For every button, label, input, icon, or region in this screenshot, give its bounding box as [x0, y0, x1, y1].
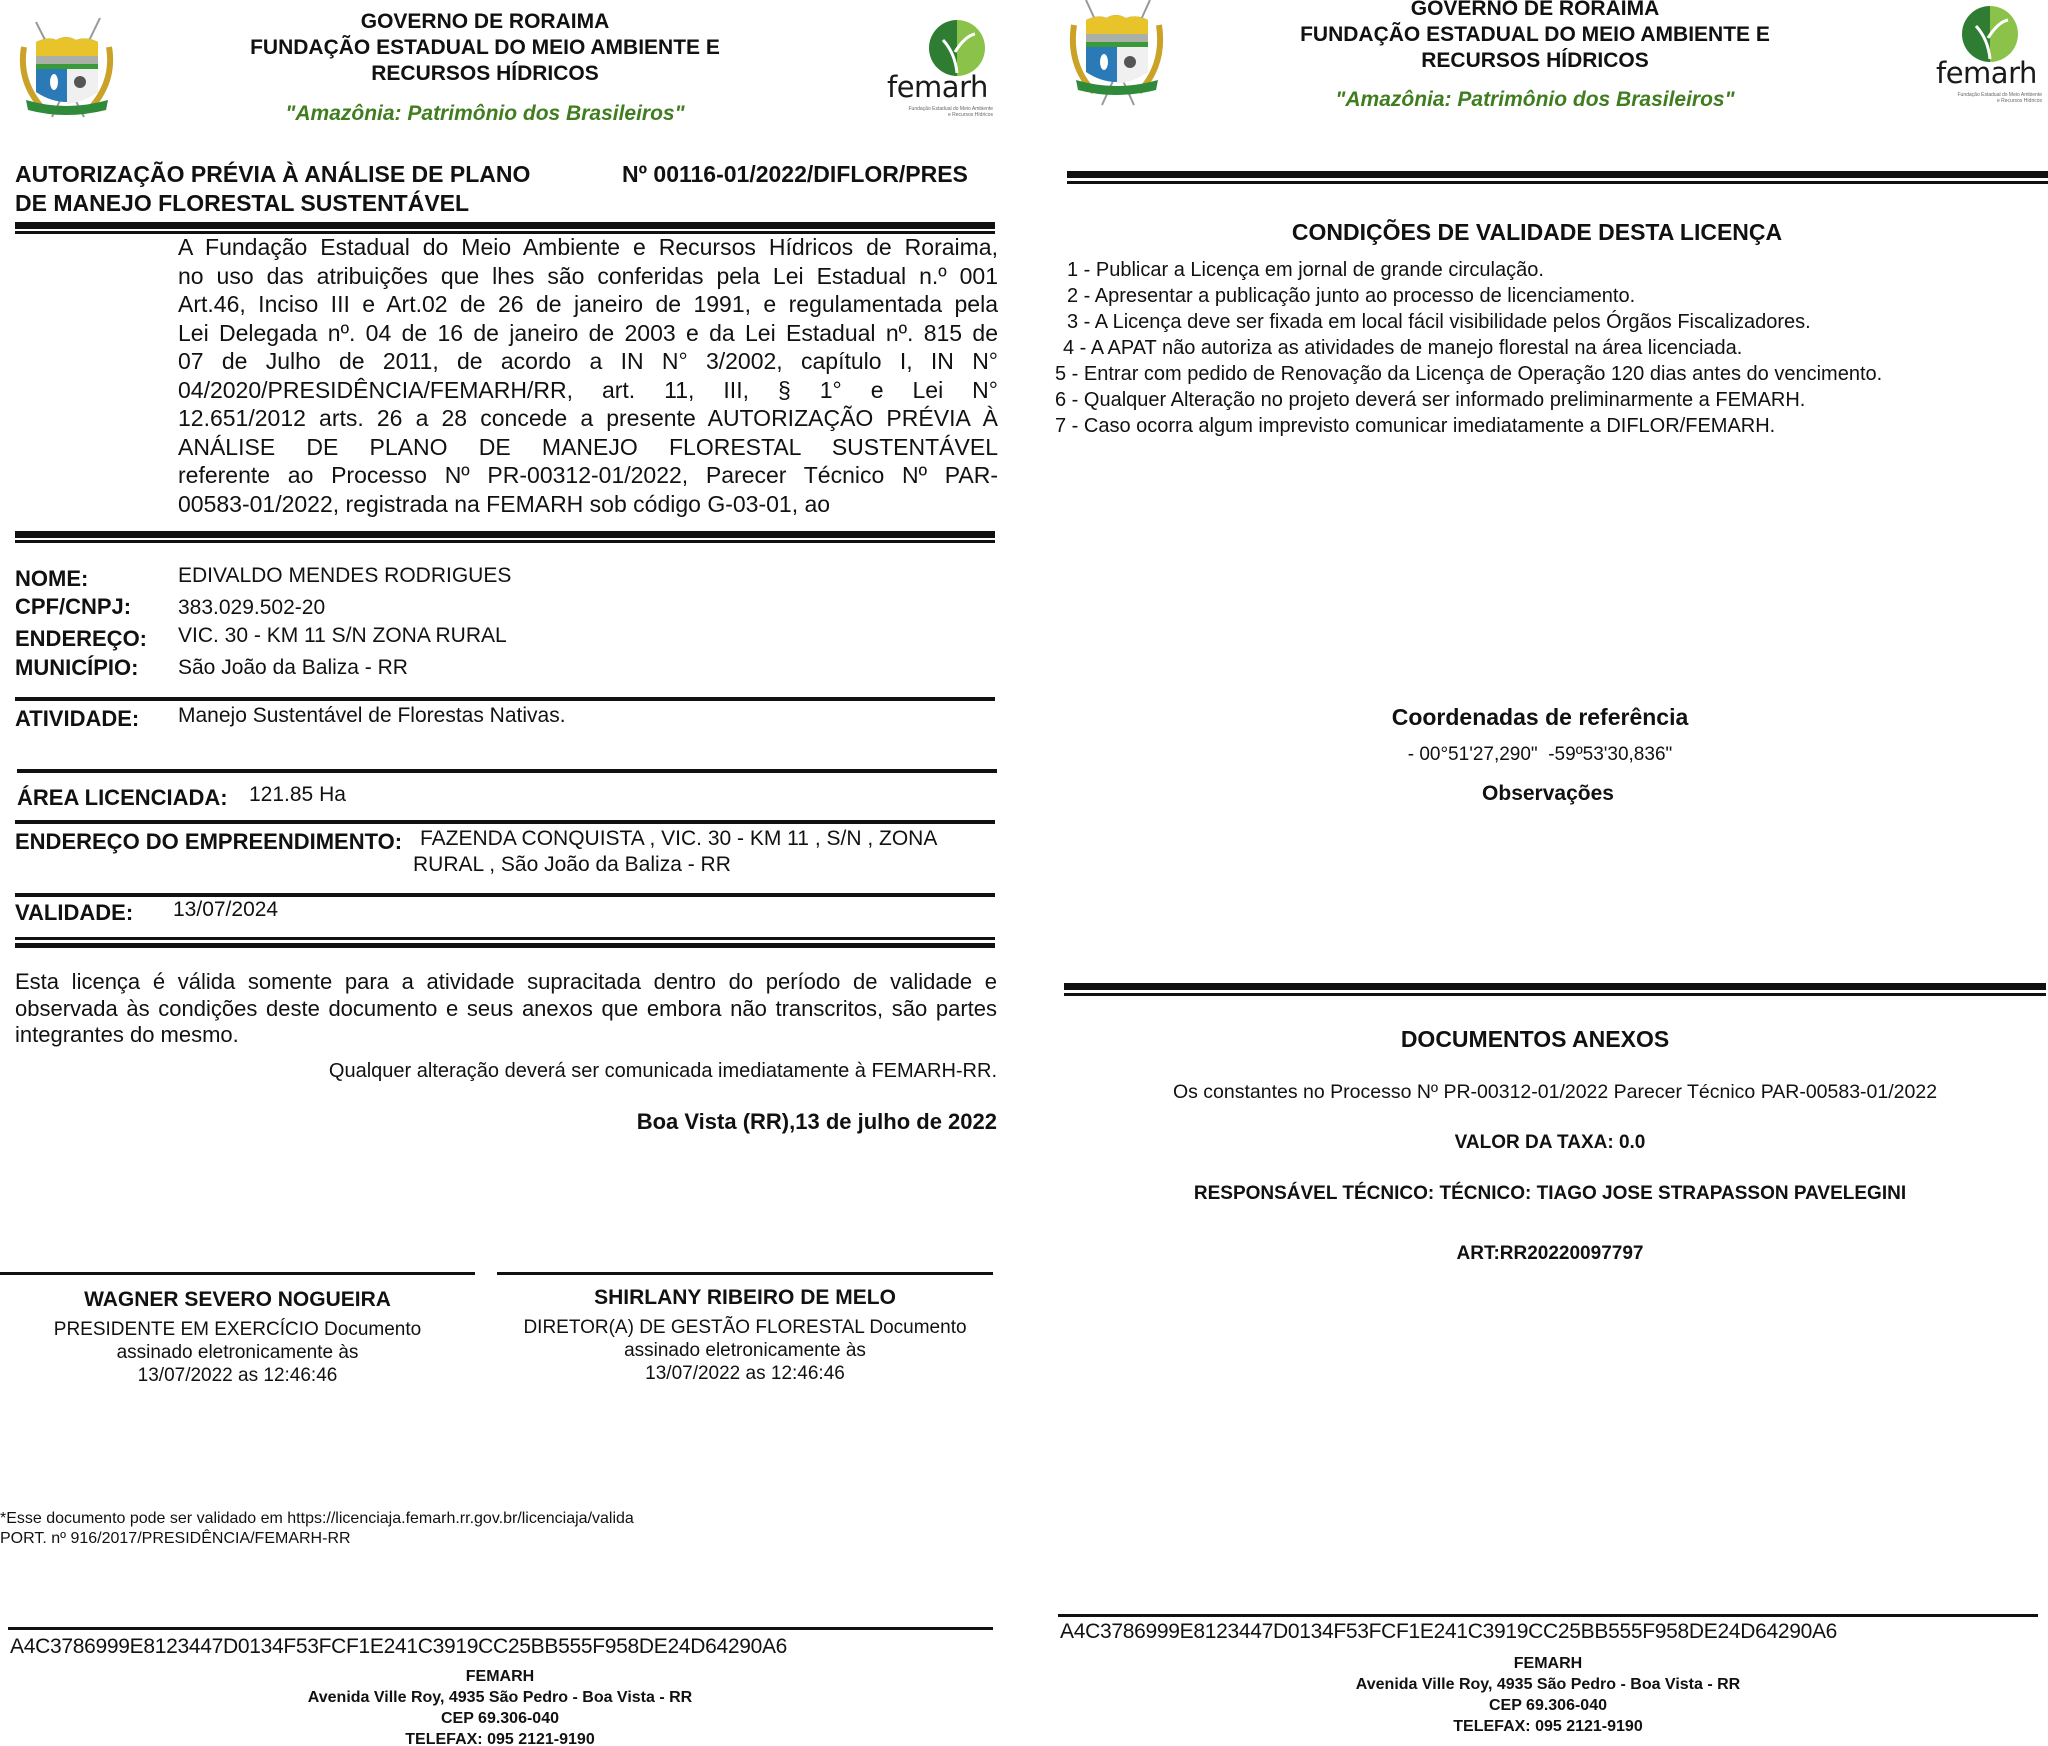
intro-double-rule	[15, 531, 995, 544]
femarh-leaf-logo-icon	[1934, 4, 2046, 64]
portaria-note: PORT. nº 916/2017/PRESIDÊNCIA/FEMARH-RR	[0, 1529, 351, 1549]
validity-line: observada às condições deste documento e…	[15, 996, 997, 1023]
document-title: AUTORIZAÇÃO PRÉVIA À ANÁLISE DE PLANO DE…	[15, 160, 615, 218]
roraima-coat-of-arms-icon	[1064, 0, 1169, 112]
intro-line: 04/2020/PRESIDÊNCIA/FEMARH/RR, art. 11, …	[178, 376, 998, 405]
validity-line: integrantes do mesmo.	[15, 1022, 997, 1049]
divider	[15, 820, 995, 824]
condition-item: 6 - Qualquer Alteração no projeto deverá…	[1055, 387, 2045, 413]
change-notice: Qualquer alteração deverá ser comunicada…	[329, 1060, 997, 1083]
femarh-logo-left: femarh Fundação Estadual do Meio Ambient…	[885, 18, 997, 118]
right-top-double-rule	[1067, 171, 2048, 185]
condition-item: 1 - Publicar a Licença em jornal de gran…	[1055, 257, 2045, 283]
intro-line: 00583-01/2022, registrada na FEMARH sob …	[178, 490, 998, 519]
signature-block-2: SHIRLANY RIBEIRO DE MELO DIRETOR(A) DE G…	[497, 1286, 993, 1385]
coordinates-value: - 00°51'27,290" -59º53'30,836"	[1240, 744, 1840, 766]
validation-note: *Esse documento pode ser validado em htt…	[0, 1509, 634, 1529]
femarh-leaf-logo-icon	[885, 18, 997, 78]
divider	[15, 893, 995, 897]
divider	[15, 697, 995, 701]
femarh-logo-right: femarh Fundação Estadual do Meio Ambient…	[1934, 4, 2046, 104]
annexes-title: DOCUMENTOS ANEXOS	[1060, 1026, 2010, 1053]
conditions-title: CONDIÇÕES DE VALIDADE DESTA LICENÇA	[1067, 219, 2007, 246]
header-motto: "Amazônia: Patrimônio dos Brasileiros"	[180, 102, 790, 126]
crest-logo-left	[14, 12, 119, 124]
condition-item: 5 - Entrar com pedido de Renovação da Li…	[1055, 361, 2045, 387]
intro-line: A Fundação Estadual do Meio Ambiente e R…	[178, 233, 998, 262]
femarh-logo-word: femarh	[887, 70, 988, 104]
divider	[17, 769, 997, 773]
signature-block-1: WAGNER SEVERO NOGUEIRA PRESIDENTE EM EXE…	[0, 1288, 475, 1387]
femarh-logo-sub: Fundação Estadual do Meio Ambiente e Rec…	[883, 106, 993, 118]
footer-address-left: FEMARH Avenida Ville Roy, 4935 São Pedro…	[0, 1666, 1000, 1746]
coordinates-title: Coordenadas de referência	[1240, 704, 1840, 731]
document-number: Nº 00116-01/2022/DIFLOR/PRES	[622, 160, 968, 189]
validation-link[interactable]: *Esse documento pode ser validado em htt…	[0, 1510, 634, 1527]
header-government-right: GOVERNO DE RORAIMA FUNDAÇÃO ESTADUAL DO …	[1230, 0, 1840, 74]
header-government: GOVERNO DE RORAIMA FUNDAÇÃO ESTADUAL DO …	[180, 9, 790, 87]
annexes-technician: RESPONSÁVEL TÉCNICO: TÉCNICO: TIAGO JOSE…	[1060, 1183, 2040, 1205]
document-hash-right: A4C3786999E8123447D0134F53FCF1E241C3919C…	[1060, 1620, 1837, 1644]
annexes-text: Os constantes no Processo Nº PR-00312-01…	[1060, 1081, 2048, 1104]
annexes-double-rule	[1064, 983, 2046, 997]
validity-paragraph: Esta licença é válida somente para a ati…	[15, 969, 997, 1049]
intro-line: referente ao Processo Nº PR-00312-01/202…	[178, 461, 998, 490]
intro-line: ANÁLISE DE PLANO DE MANEJO FLORESTAL SUS…	[178, 433, 998, 462]
intro-line: no uso das atribuições que lhes são conf…	[178, 262, 998, 291]
intro-line: Art.46, Inciso III e Art.02 de 26 de jan…	[178, 290, 998, 319]
place-date: Boa Vista (RR),13 de julho de 2022	[637, 1109, 997, 1135]
annexes-fee: VALOR DA TAXA: 0.0	[1060, 1132, 2040, 1154]
intro-line: 12.651/2012 arts. 26 a 28 concede a pres…	[178, 404, 998, 433]
annexes-art: ART:RR20220097797	[1060, 1243, 2040, 1265]
conditions-list: 1 - Publicar a Licença em jornal de gran…	[1055, 257, 2045, 439]
document-hash-left: A4C3786999E8123447D0134F53FCF1E241C3919C…	[10, 1635, 787, 1659]
roraima-coat-of-arms-icon	[14, 12, 119, 124]
observations-title: Observações	[1248, 782, 1848, 806]
condition-item: 7 - Caso ocorra algum imprevisto comunic…	[1055, 413, 2045, 439]
femarh-logo-sub: Fundação Estadual do Meio Ambiente e Rec…	[1932, 92, 2042, 104]
condition-item: 4 - A APAT não autoriza as atividades de…	[1055, 335, 2045, 361]
intro-line: 07 de Julho de 2011, de acordo a IN N° 3…	[178, 347, 998, 376]
condition-item: 2 - Apresentar a publicação junto ao pro…	[1055, 283, 2045, 309]
signature-line-2	[497, 1272, 993, 1275]
fields-double-rule	[15, 937, 995, 949]
condition-item: 3 - A Licença deve ser fixada em local f…	[1055, 309, 2045, 335]
femarh-logo-word: femarh	[1936, 56, 2037, 90]
hash-rule-right	[1058, 1614, 2038, 1617]
hash-rule-left	[8, 1627, 993, 1630]
header-motto-right: "Amazônia: Patrimônio dos Brasileiros"	[1230, 88, 1840, 112]
footer-address-right: FEMARH Avenida Ville Roy, 4935 São Pedro…	[1048, 1653, 2048, 1737]
field-empreendimento: ENDEREÇO DO EMPREENDIMENTO: FAZENDA CONQ…	[15, 827, 995, 887]
crest-logo-right	[1064, 0, 1169, 112]
signature-line-1	[0, 1272, 475, 1275]
validity-line: Esta licença é válida somente para a ati…	[15, 969, 997, 996]
intro-paragraph: A Fundação Estadual do Meio Ambiente e R…	[178, 233, 998, 518]
intro-line: Lei Delegada nº. 04 de 16 de janeiro de …	[178, 319, 998, 348]
